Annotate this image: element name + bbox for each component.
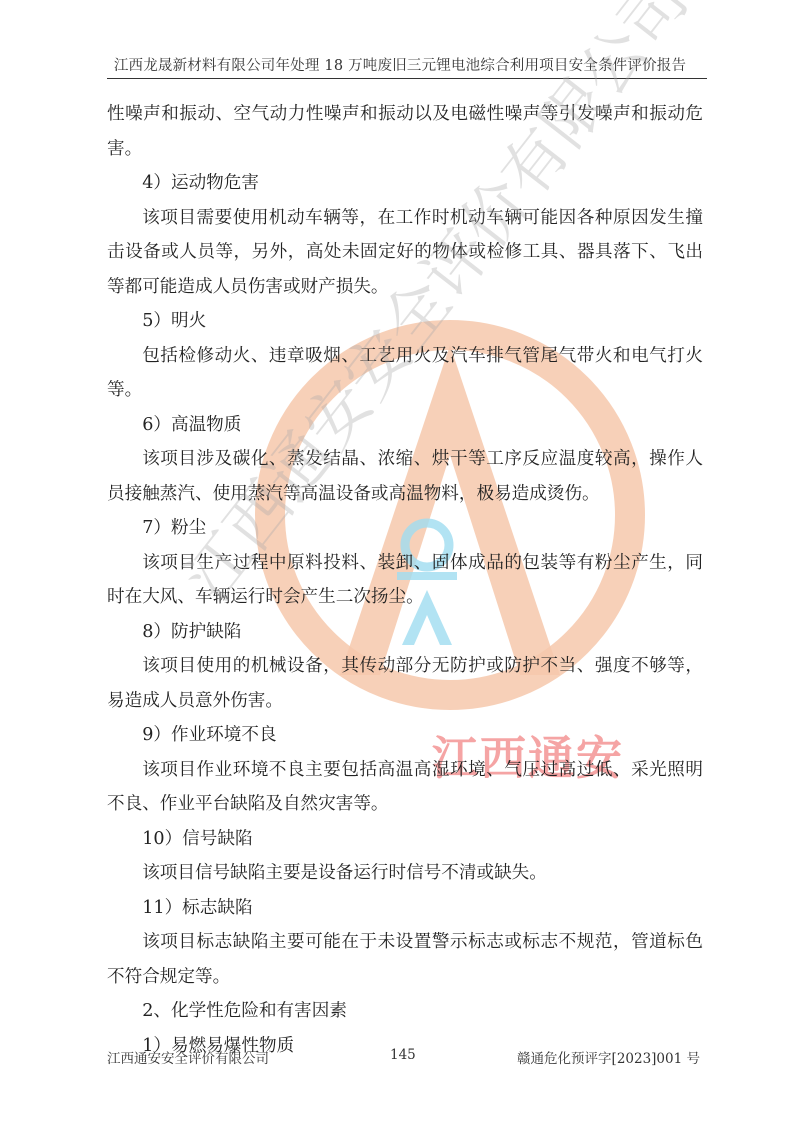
section-heading: 6）高温物质 [107,408,703,443]
header-divider [107,78,707,79]
document-page: 江西龙晟新材料有限公司年处理 18 万吨废旧三元锂电池综合利用项目安全条件评价报… [0,0,800,1131]
paragraph: 包括检修动火、违章吸烟、工艺用火及汽车排气管尾气带火和电气打火等。 [107,339,703,408]
section-heading: 7）粉尘 [107,511,703,546]
section-heading: 9）作业环境不良 [107,718,703,753]
paragraph-continued: 性噪声和振动、空气动力性噪声和振动以及电磁性噪声等引发噪声和振动危害。 [107,97,703,166]
section-heading: 11）标志缺陷 [107,891,703,926]
paragraph: 该项目生产过程中原料投料、装卸、固体成品的包装等有粉尘产生，同时在大风、车辆运行… [107,546,703,615]
paragraph: 该项目作业环境不良主要包括高温高湿环境、气压过高过低、采光照明不良、作业平台缺陷… [107,753,703,822]
paragraph: 该项目标志缺陷主要可能在于未设置警示标志或标志不规范，管道标色不符合规定等。 [107,925,703,994]
section-heading: 4）运动物危害 [107,166,703,201]
paragraph: 该项目信号缺陷主要是设备运行时信号不清或缺失。 [107,856,703,891]
paragraph: 该项目使用的机械设备，其传动部分无防护或防护不当、强度不够等，易造成人员意外伤害… [107,649,703,718]
paragraph: 该项目需要使用机动车辆等，在工作时机动车辆可能因各种原因发生撞击设备或人员等，另… [107,201,703,305]
paragraph: 该项目涉及碳化、蒸发结晶、浓缩、烘干等工序反应温度较高，操作人员接触蒸汽、使用蒸… [107,442,703,511]
section-heading: 1）易燃易爆性物质 [107,1029,703,1064]
section-heading: 10）信号缺陷 [107,822,703,857]
section-heading: 2、化学性危险和有害因素 [107,994,703,1029]
section-heading: 8）防护缺陷 [107,615,703,650]
document-body: 性噪声和振动、空气动力性噪声和振动以及电磁性噪声等引发噪声和振动危害。 4）运动… [107,97,703,1063]
section-heading: 5）明火 [107,304,703,339]
report-header-title: 江西龙晟新材料有限公司年处理 18 万吨废旧三元锂电池综合利用项目安全条件评价报… [0,54,800,75]
